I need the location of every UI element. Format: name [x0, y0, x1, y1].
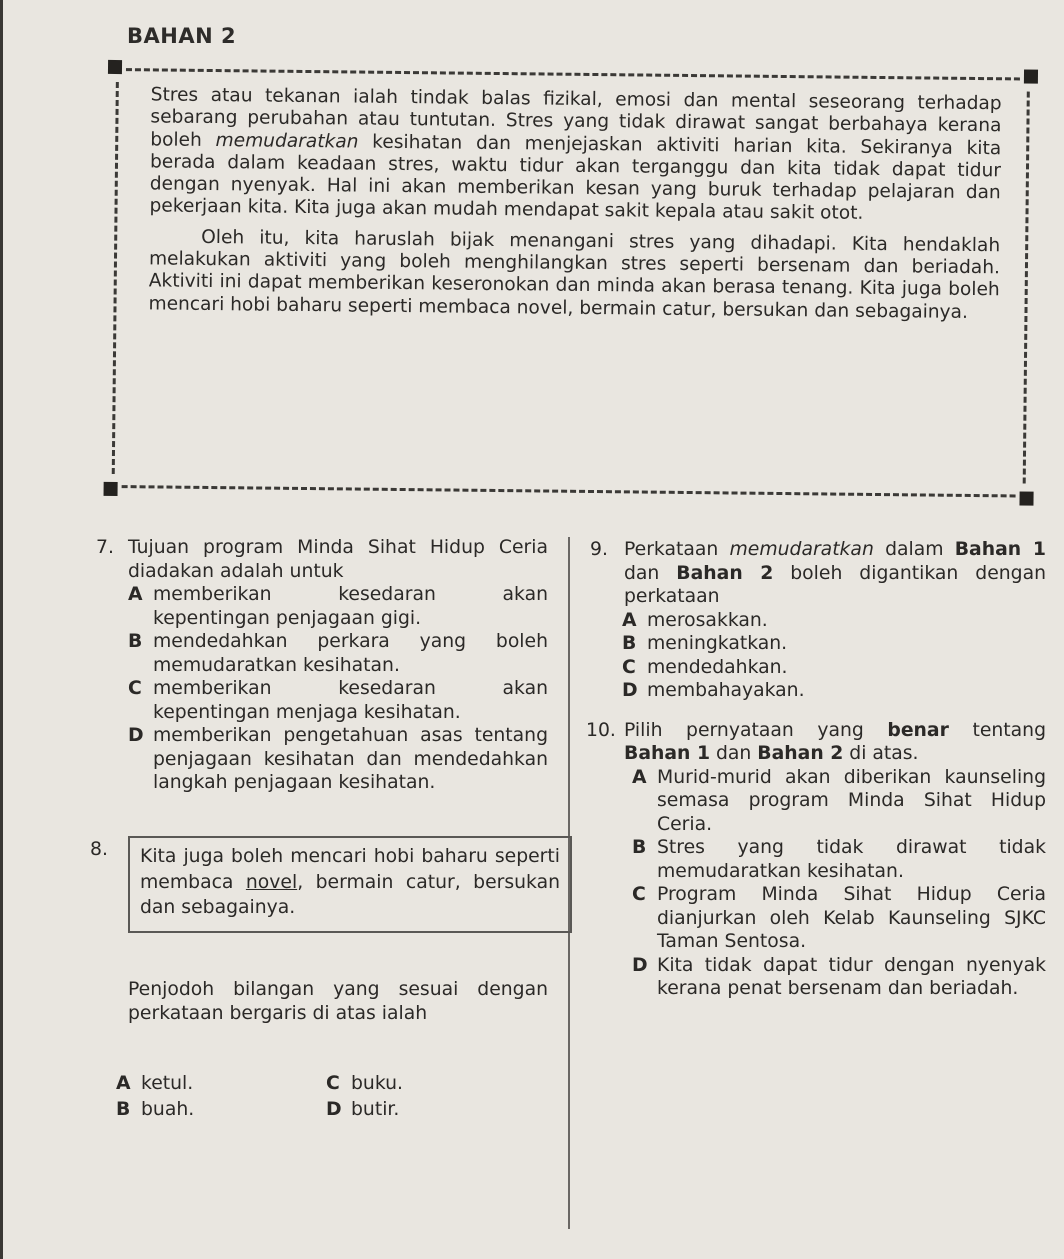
option-text: butir. — [351, 1098, 536, 1122]
option-c[interactable]: C buku. — [326, 1072, 536, 1096]
question-stem: Tujuan program Minda Sihat Hidup Ceria d… — [128, 536, 548, 583]
corner-square-icon — [1024, 70, 1038, 84]
page-edge — [0, 0, 3, 1259]
option-letter: A — [632, 766, 647, 790]
option-letter: B — [128, 630, 142, 654]
option-text: buku. — [351, 1072, 536, 1096]
question-stem: Pilih pernyataan yang benar tentang Baha… — [624, 719, 1046, 766]
option-d[interactable]: D memberikan pengetahuan asas tentang pe… — [128, 724, 548, 795]
option-c[interactable]: C Program Minda Sihat Hidup Ceria dianju… — [632, 883, 1046, 954]
option-letter: C — [128, 677, 142, 701]
option-text: buah. — [141, 1098, 326, 1122]
option-letter: B — [632, 836, 646, 860]
option-letter: A — [622, 609, 637, 633]
question-8-stem: Penjodoh bilangan yang sesuai dengan per… — [128, 978, 548, 1026]
option-d[interactable]: D butir. — [326, 1098, 536, 1122]
option-letter: C — [632, 883, 646, 907]
option-letter: A — [128, 583, 143, 607]
option-a[interactable]: A ketul. — [116, 1072, 326, 1096]
option-a[interactable]: A memberikan kesedaran akan kepentingan … — [128, 583, 548, 630]
question-8-quote-box: Kita juga boleh mencari hobi baharu sepe… — [128, 836, 572, 933]
option-d[interactable]: D Kita tidak dapat tidur dengan nyenyak … — [632, 954, 1046, 1001]
option-a[interactable]: A merosakkan. — [622, 609, 1046, 633]
option-text: meningkatkan. — [647, 632, 1046, 656]
corner-square-icon — [108, 60, 122, 74]
option-text: Murid-murid akan diberikan kaunseling se… — [657, 766, 1046, 837]
right-column: 9. Perkataan memudaratkan dalam Bahan 1 … — [590, 538, 1046, 1001]
option-letter: C — [622, 656, 636, 680]
dashed-border-right — [1023, 92, 1030, 484]
passage-paragraph-1: Stres atau tekanan ialah tindak balas fi… — [149, 84, 1001, 227]
option-b[interactable]: B mendedahkan perkara yang boleh memudar… — [128, 630, 548, 677]
option-d[interactable]: D membahayakan. — [622, 679, 1046, 703]
dashed-border-bottom — [122, 485, 1016, 497]
option-c[interactable]: C memberikan kesedaran akan kepentingan … — [128, 677, 548, 724]
option-b[interactable]: B Stres yang tidak dirawat tidak memudar… — [632, 836, 1046, 883]
option-letter: D — [622, 679, 638, 703]
option-text: ketul. — [141, 1072, 326, 1096]
option-letter: B — [116, 1098, 130, 1122]
option-letter: D — [326, 1098, 342, 1122]
left-column: 7. Tujuan program Minda Sihat Hidup Ceri… — [96, 536, 548, 795]
option-text: merosakkan. — [647, 609, 1046, 633]
option-a[interactable]: A Murid-murid akan diberikan kaunseling … — [632, 766, 1046, 837]
question-8-options: A ketul. C buku. B buah. D butir. — [116, 1072, 536, 1121]
passage-box: Stres atau tekanan ialah tindak balas fi… — [112, 68, 1030, 498]
option-b[interactable]: B buah. — [116, 1098, 326, 1122]
passage-paragraph-2: Oleh itu, kita haruslah bijak menangani … — [148, 226, 1000, 324]
option-letter: C — [326, 1072, 340, 1096]
question-8-number: 8. — [90, 838, 108, 862]
question-10: 10. Pilih pernyataan yang benar tentang … — [590, 719, 1046, 1001]
question-number: 7. — [96, 536, 114, 560]
option-text: membahayakan. — [647, 679, 1046, 703]
dashed-border-left — [112, 82, 119, 474]
option-text: Kita tidak dapat tidur dengan nyenyak ke… — [657, 954, 1046, 1001]
option-text: Stres yang tidak dirawat tidak memudarat… — [657, 836, 1046, 883]
dashed-border-top — [126, 68, 1020, 80]
question-number: 10. — [586, 719, 616, 743]
question-7: 7. Tujuan program Minda Sihat Hidup Ceri… — [96, 536, 548, 795]
option-b[interactable]: B meningkatkan. — [622, 632, 1046, 656]
option-letter: A — [116, 1072, 131, 1096]
option-letter: D — [128, 724, 144, 748]
corner-square-icon — [1019, 491, 1033, 505]
section-title: BAHAN 2 — [127, 24, 236, 48]
passage-text: Stres atau tekanan ialah tindak balas fi… — [148, 84, 1001, 324]
question-9: 9. Perkataan memudaratkan dalam Bahan 1 … — [590, 538, 1046, 703]
option-text: memberikan pengetahuan asas tentang penj… — [153, 724, 548, 795]
option-letter: B — [622, 632, 636, 656]
option-c[interactable]: C mendedahkan. — [622, 656, 1046, 680]
option-text: mendedahkan perkara yang boleh memudarat… — [153, 630, 548, 677]
corner-square-icon — [104, 482, 118, 496]
option-text: Program Minda Sihat Hidup Ceria dianjurk… — [657, 883, 1046, 954]
option-letter: D — [632, 954, 648, 978]
option-text: memberikan kesedaran akan kepentingan me… — [153, 677, 548, 724]
question-stem: Perkataan memudaratkan dalam Bahan 1 dan… — [624, 538, 1046, 609]
question-number: 9. — [590, 538, 608, 562]
option-text: mendedahkan. — [647, 656, 1046, 680]
underlined-word: novel — [246, 872, 297, 893]
option-text: memberikan kesedaran akan kepentingan pe… — [153, 583, 548, 630]
